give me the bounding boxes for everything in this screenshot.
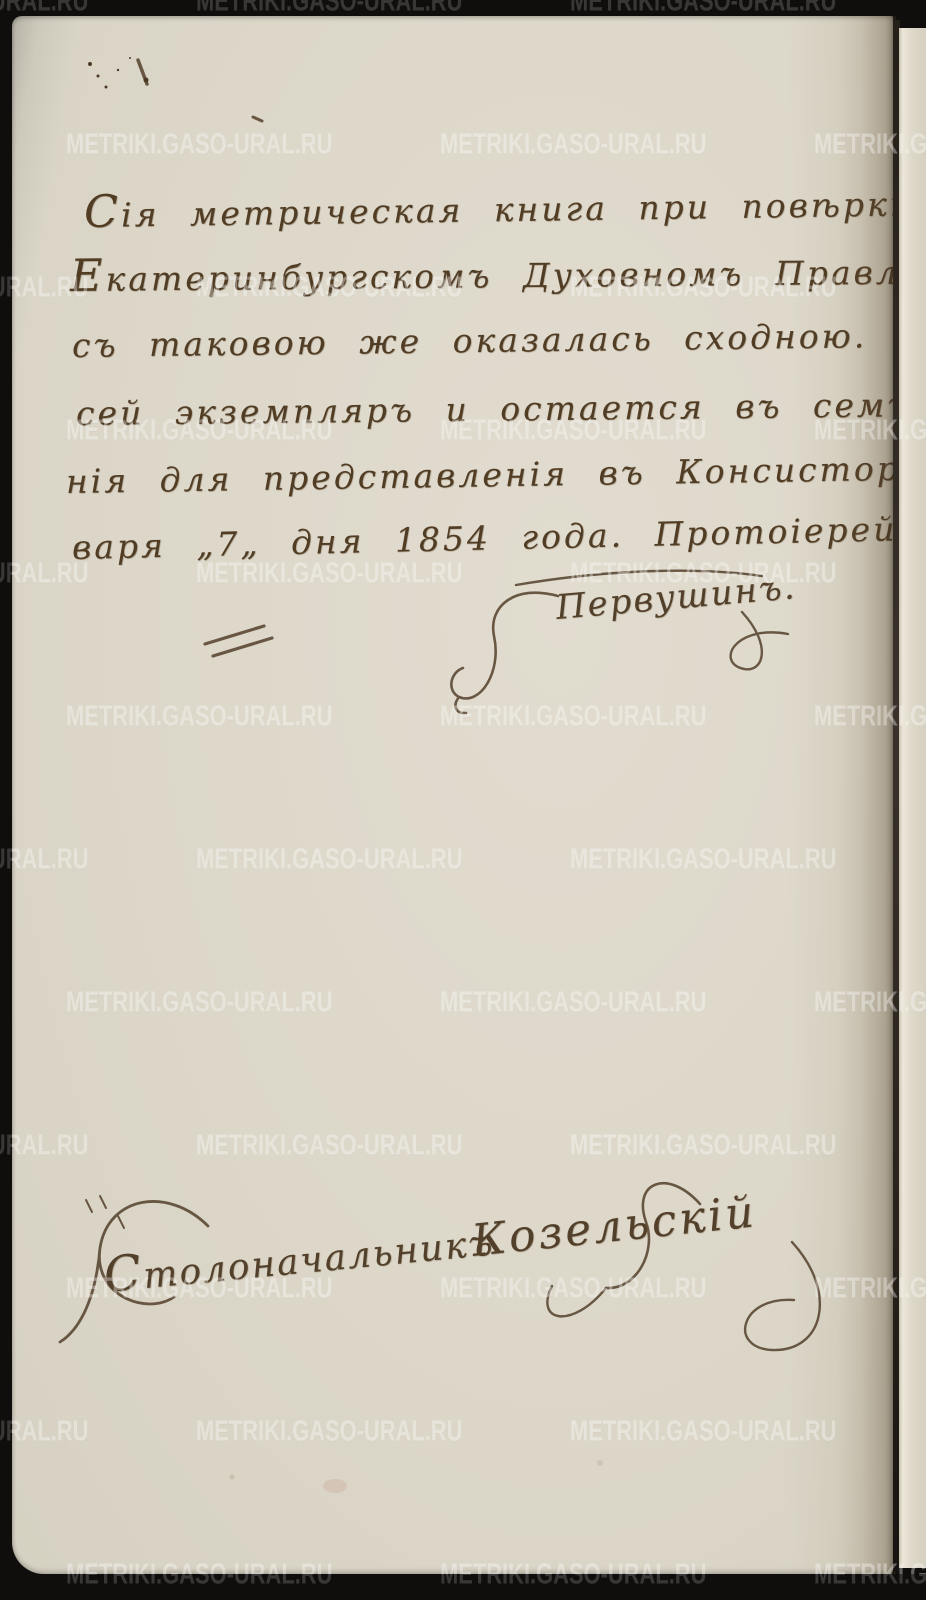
paper-stains xyxy=(230,1460,604,1493)
certifier-signature: Первушинъ. xyxy=(554,567,798,628)
manuscript-line: варя „7„ дня 1854 года. Протоіерей Іоан- xyxy=(72,506,926,567)
manuscript-line: нія для представленія въ Консисторію. Ян… xyxy=(66,446,926,501)
ink-specks xyxy=(88,57,149,89)
manuscript-line: съ таковою же оказалась сходною. Почему xyxy=(72,314,926,365)
manuscript-line: сей экземпляръ и остается въ семъ Прав- xyxy=(76,384,926,433)
page-fold-shadow xyxy=(838,16,896,1574)
next-page-edge xyxy=(899,28,926,1568)
archival-scan: { "watermark": { "text": "METRIKI.GASO-U… xyxy=(0,0,926,1600)
clerk-title: Столоначальникъ xyxy=(101,1211,496,1304)
handwriting-layer: Сія метрическая книга при повѣркѣ въ Ека… xyxy=(0,0,926,1600)
manuscript-line: Екатеринбургскомъ Духовномъ Правленіи xyxy=(70,242,926,302)
manuscript-line: Сія метрическая книга при повѣркѣ въ xyxy=(84,173,926,238)
signature-flourish-strokes xyxy=(0,0,926,1600)
clerk-signature: Козельскій xyxy=(469,1186,759,1267)
